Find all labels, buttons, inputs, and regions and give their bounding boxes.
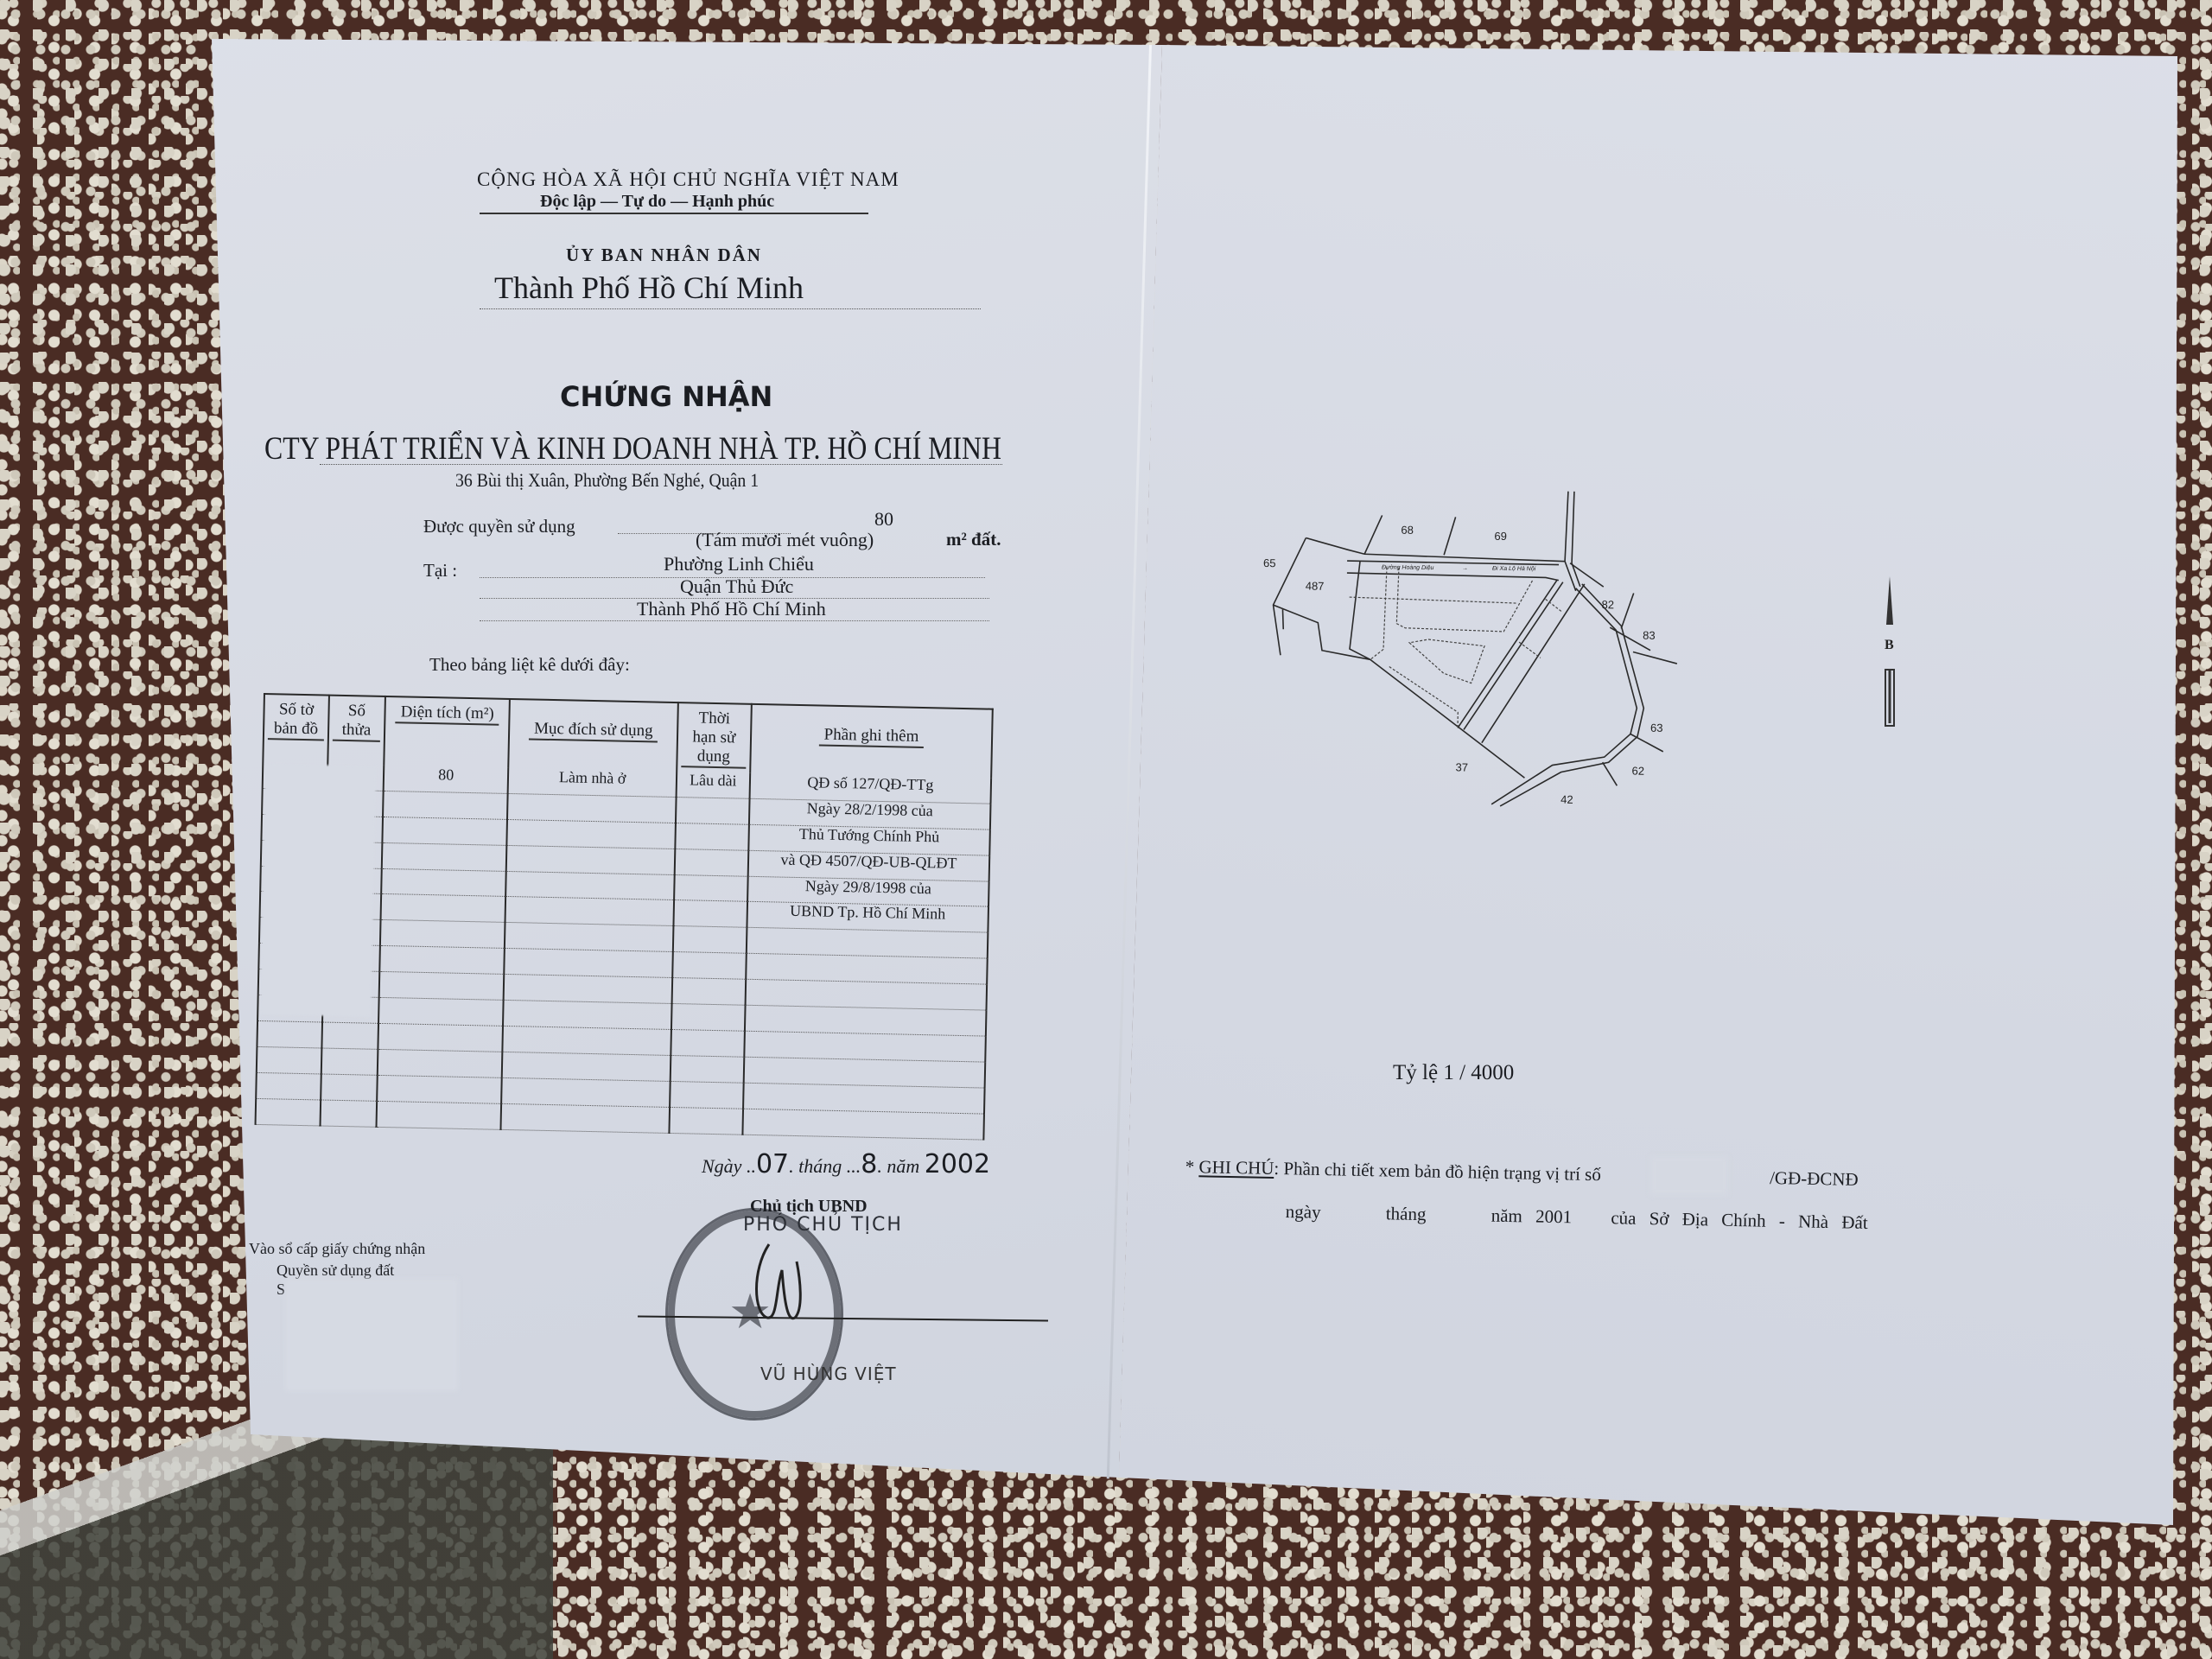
certificate-paper: CỘNG HÒA XÃ HỘI CHỦ NGHĨA VIỆT NAM Độc l…: [0, 0, 2212, 1659]
